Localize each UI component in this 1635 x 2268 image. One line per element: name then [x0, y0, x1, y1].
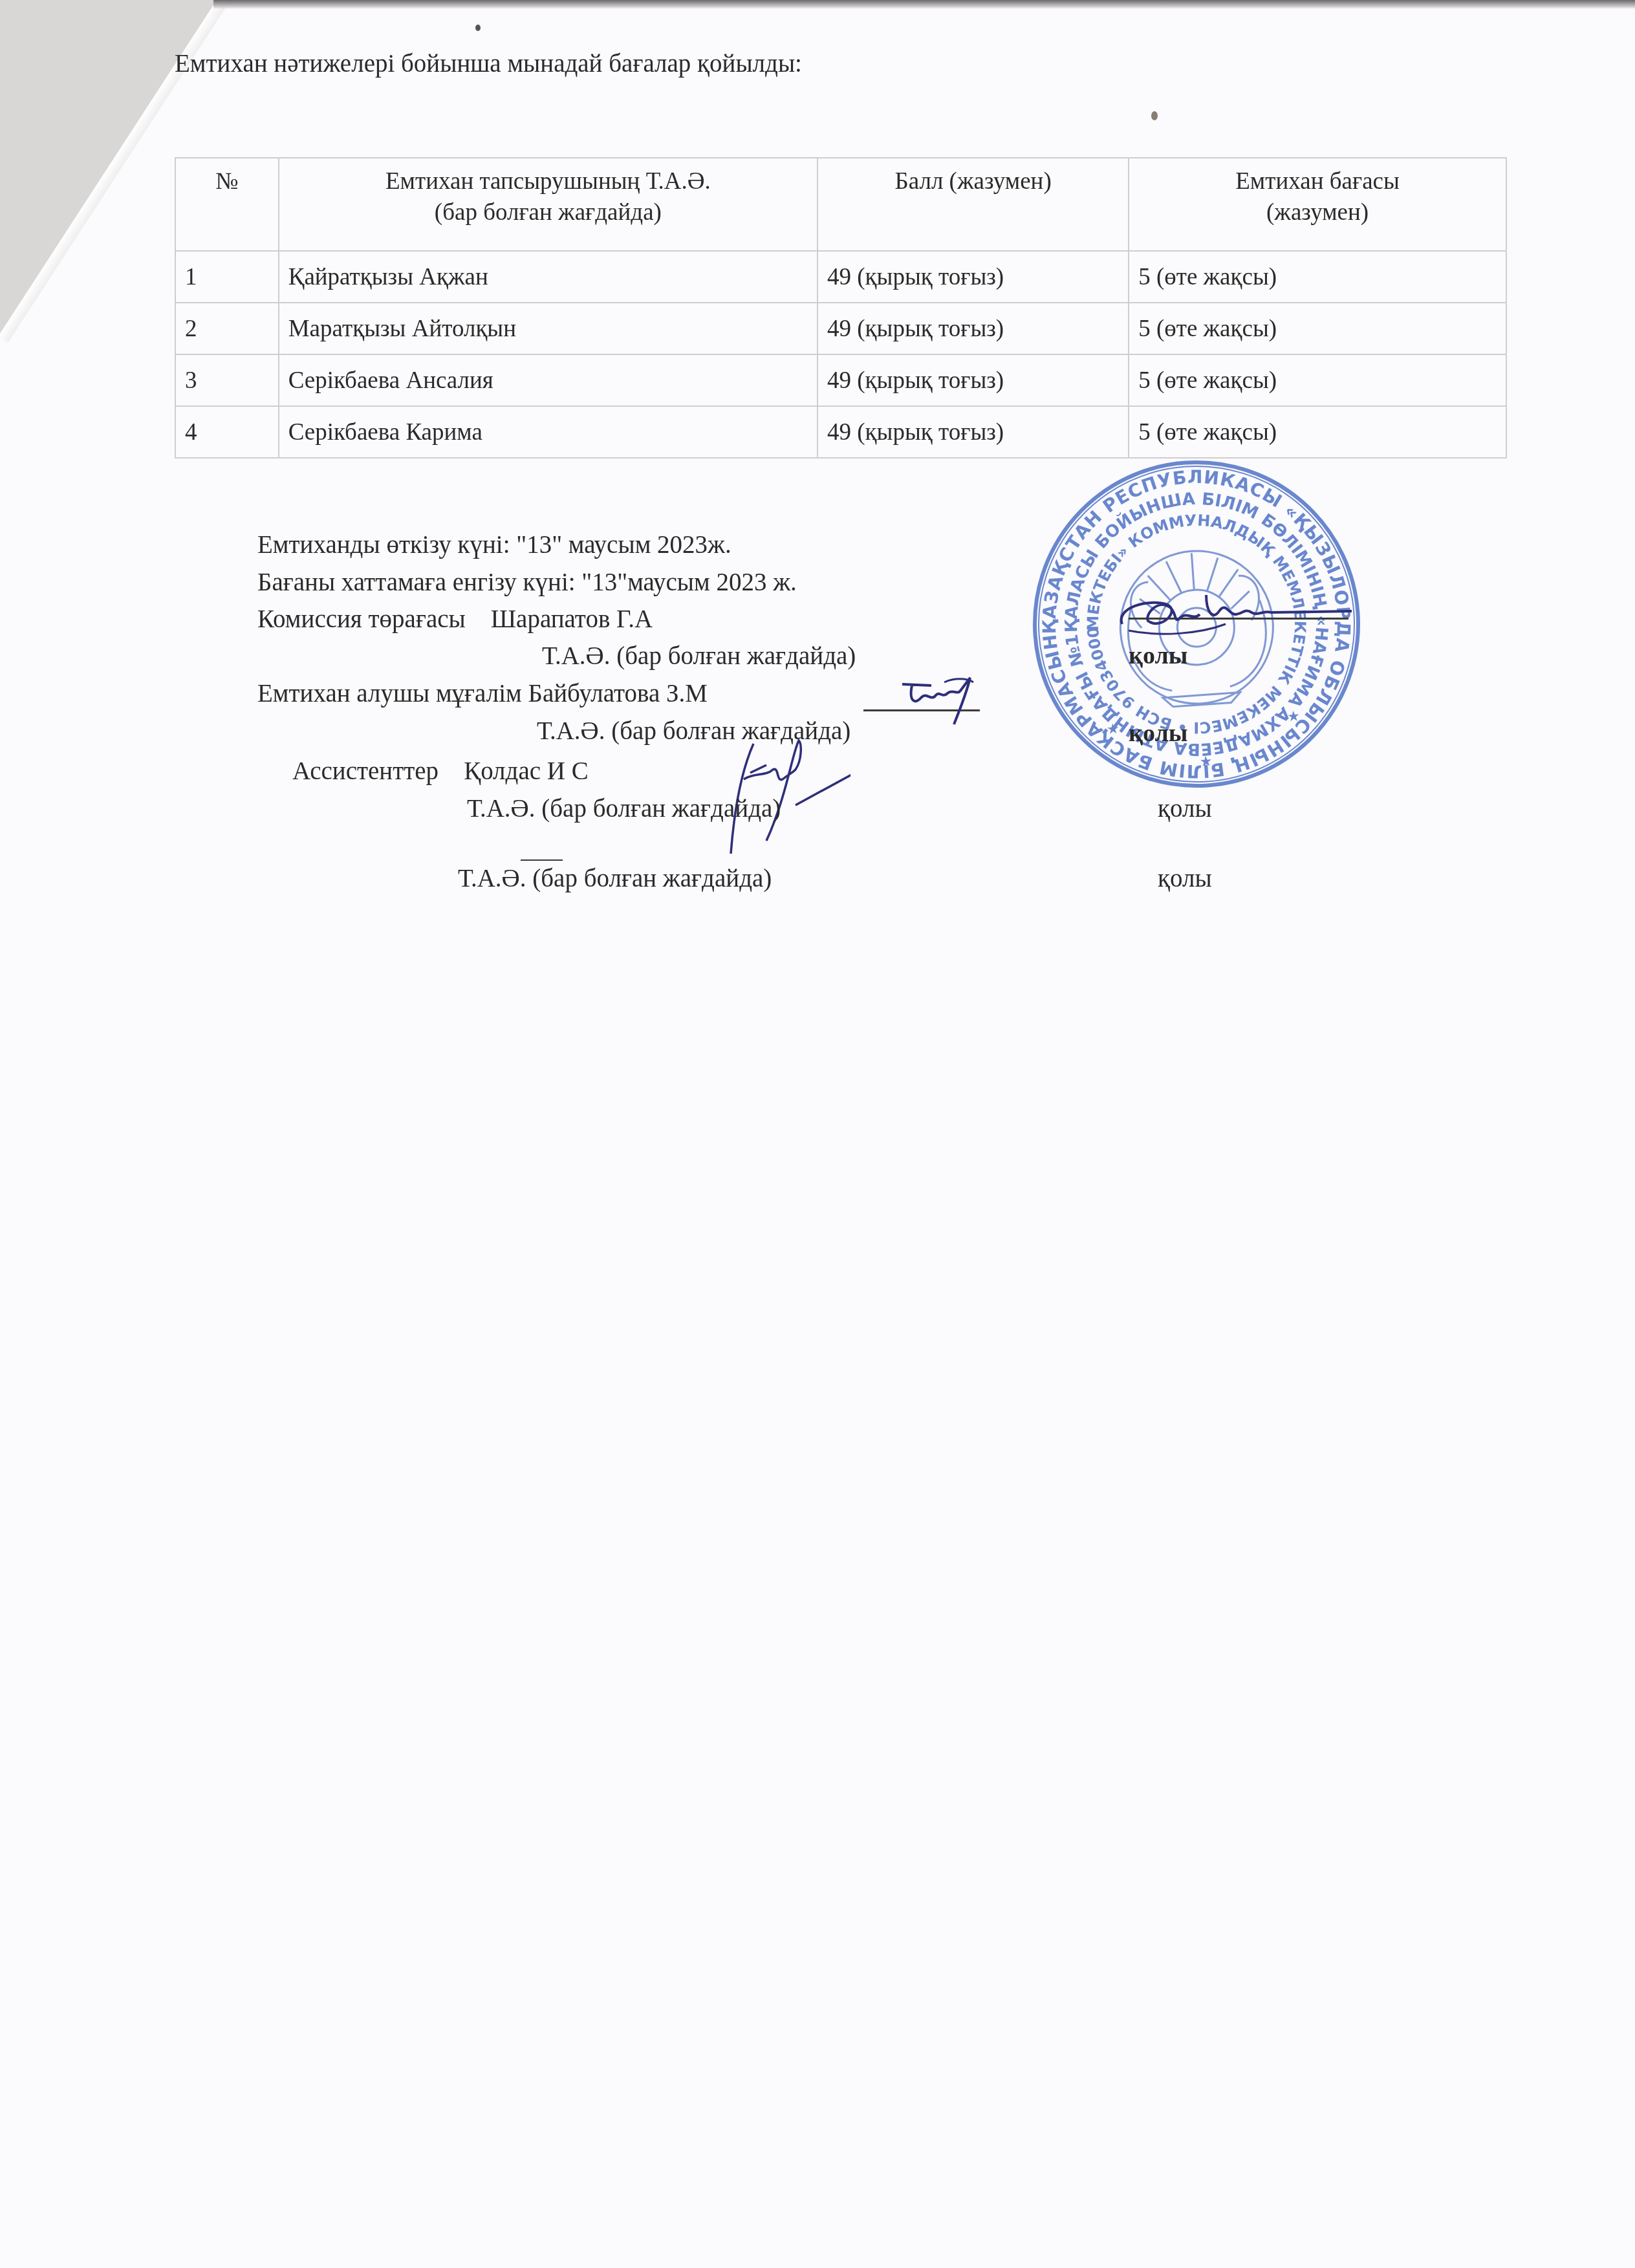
table-row: 3 Серікбаева Ансалия 49 (қырық тоғыз) 5 …: [175, 354, 1506, 406]
cell-grade: 5 (өте жақсы): [1129, 251, 1506, 303]
exam-date: Емтиханды өткізу күні: "13" маусым 2023ж…: [257, 530, 731, 559]
cell-number: 1: [175, 251, 279, 303]
grade-entry-date: Бағаны хаттамаға енгізу күні: "13"маусым…: [257, 568, 797, 597]
table-row: 1 Қайратқызы Ақжан 49 (қырық тоғыз) 5 (ө…: [175, 251, 1506, 303]
header-score-label: Балл (жазумен): [894, 168, 1051, 195]
teacher-name: Байбулатова З.М: [528, 680, 708, 707]
teacher-signature-caption: қолы: [1129, 719, 1187, 748]
chair-signature-caption: қолы: [1129, 642, 1187, 670]
assistants-line: Ассистенттер Қолдас И С: [292, 757, 589, 786]
results-intro-heading: Емтихан нәтижелері бойынша мынадай бағал…: [175, 49, 802, 78]
scan-speck: [1151, 111, 1158, 120]
header-grade: Емтихан бағасы (жазумен): [1129, 158, 1506, 251]
cell-score: 49 (қырық тоғыз): [817, 251, 1129, 303]
header-number-label: №: [215, 168, 238, 195]
header-number: №: [175, 158, 279, 251]
results-table: № Емтихан тапсырушының Т.А.Ә. (бар болға…: [175, 157, 1507, 459]
header-name: Емтихан тапсырушының Т.А.Ә. (бар болған …: [279, 158, 817, 251]
table-header-row: № Емтихан тапсырушының Т.А.Ә. (бар болға…: [175, 158, 1506, 251]
svg-text:★: ★: [1199, 753, 1213, 770]
teacher-line: Емтихан алушы мұғалім Байбулатова З.М: [257, 679, 708, 708]
cell-score: 49 (қырық тоғыз): [817, 406, 1129, 458]
second-assistant-name-line-overlay: [522, 859, 563, 861]
page-top-edge-shadow: [213, 0, 1635, 9]
assistants-label: Ассистенттер: [292, 757, 439, 785]
assistant-name: Қолдас И С: [464, 757, 589, 785]
svg-text:★: ★: [1106, 721, 1120, 738]
table-row: 2 Маратқызы Айтолқын 49 (қырық тоғыз) 5 …: [175, 303, 1506, 354]
commission-chair-line: Комиссия төрағасы Шарапатов Г.А: [257, 605, 653, 634]
cell-score: 49 (қырық тоғыз): [817, 303, 1129, 354]
cell-number: 2: [175, 303, 279, 354]
svg-text:★: ★: [1287, 708, 1301, 725]
header-grade-line1: Емтихан бағасы: [1138, 166, 1497, 197]
cell-name: Серікбаева Карима: [279, 406, 817, 458]
header-name-line1: Емтихан тапсырушының Т.А.Ә.: [288, 166, 808, 197]
header-name-line2: (бар болған жағдайда): [288, 197, 808, 228]
teacher-signature-icon: [896, 673, 980, 731]
assistant-signature-caption: қолы: [1158, 794, 1212, 823]
cell-name: Серікбаева Ансалия: [279, 354, 817, 406]
header-score: Балл (жазумен): [817, 158, 1129, 251]
assistant-name-caption: Т.А.Ә. (бар болған жағдайда): [467, 794, 781, 823]
header-grade-line2: (жазумен): [1138, 197, 1497, 228]
cell-grade: 5 (өте жақсы): [1129, 354, 1506, 406]
scan-speck: [475, 25, 481, 31]
cell-number: 4: [175, 406, 279, 458]
cell-score: 49 (қырық тоғыз): [817, 354, 1129, 406]
cell-name: Қайратқызы Ақжан: [279, 251, 817, 303]
teacher-label: Емтихан алушы мұғалім: [257, 680, 522, 707]
second-assistant-name-caption: Т.А.Ә. (бар болған жағдайда): [458, 864, 772, 893]
second-assistant-signature-caption: қолы: [1158, 864, 1212, 893]
chair-name: Шарапатов Г.А: [491, 605, 653, 633]
chair-signature-icon: [1109, 585, 1355, 643]
cell-grade: 5 (өте жақсы): [1129, 303, 1506, 354]
chair-label: Комиссия төрағасы: [257, 605, 466, 633]
cell-number: 3: [175, 354, 279, 406]
chair-name-caption: Т.А.Ә. (бар болған жағдайда): [542, 642, 856, 671]
cell-name: Маратқызы Айтолқын: [279, 303, 817, 354]
